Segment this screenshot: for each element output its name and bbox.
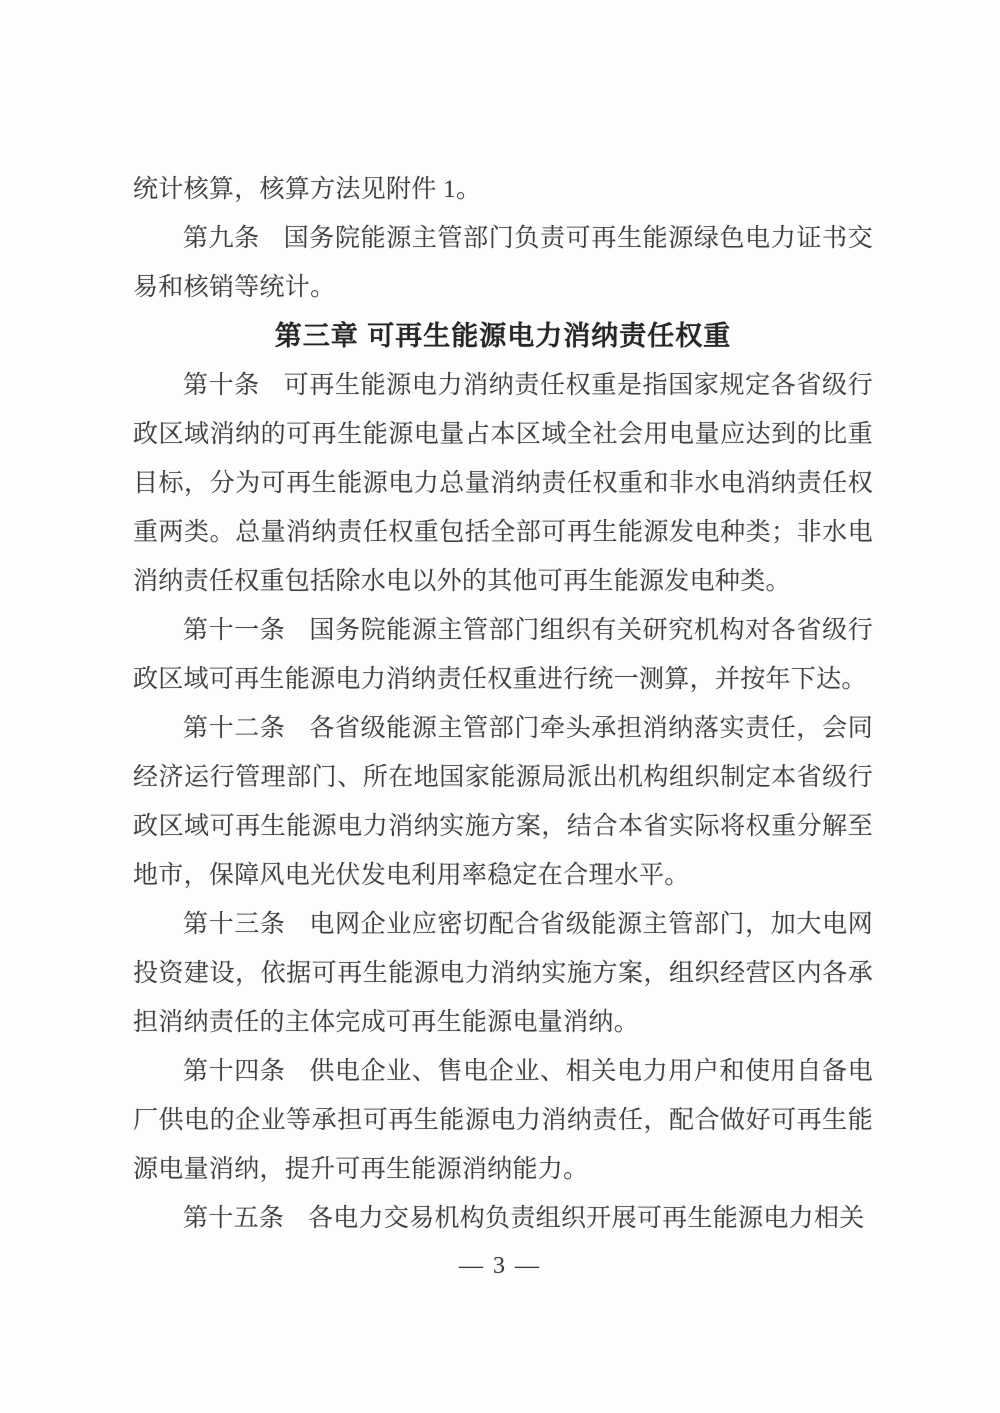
document-page: 统计核算，核算方法见附件 1。 第九条国务院能源主管部门负责可再生能源绿色电力证…: [0, 0, 1000, 1413]
paragraph-article-15: 第十五条各电力交易机构负责组织开展可再生能源电力相关: [133, 1194, 873, 1243]
document-body: 统计核算，核算方法见附件 1。 第九条国务院能源主管部门负责可再生能源绿色电力证…: [133, 165, 873, 1243]
article-number: 第十二条: [183, 715, 286, 742]
article-number: 第十五条: [183, 1205, 284, 1232]
page-footer: — 3 —: [0, 1253, 1000, 1280]
paragraph-article-9: 第九条国务院能源主管部门负责可再生能源绿色电力证书交易和核销等统计。: [133, 214, 873, 312]
article-text: 可再生能源电力消纳责任权重是指国家规定各省级行政区域消纳的可再生能源电量占本区域…: [133, 372, 873, 595]
paragraph-article-12: 第十二条各省级能源主管部门牵头承担消纳落实责任，会同经济运行管理部门、所在地国家…: [133, 704, 873, 900]
paragraph-continuation: 统计核算，核算方法见附件 1。: [133, 165, 873, 214]
page-number: — 3 —: [459, 1253, 541, 1279]
article-number: 第九条: [183, 225, 260, 252]
article-number: 第十一条: [183, 617, 286, 644]
paragraph-article-13: 第十三条电网企业应密切配合省级能源主管部门，加大电网投资建设，依据可再生能源电力…: [133, 900, 873, 1047]
paragraph-article-10: 第十条可再生能源电力消纳责任权重是指国家规定各省级行政区域消纳的可再生能源电量占…: [133, 361, 873, 606]
article-number: 第十条: [183, 372, 260, 399]
article-text: 各电力交易机构负责组织开展可再生能源电力相关: [308, 1205, 865, 1232]
paragraph-article-11: 第十一条国务院能源主管部门组织有关研究机构对各省级行政区域可再生能源电力消纳责任…: [133, 606, 873, 704]
paragraph-article-14: 第十四条供电企业、售电企业、相关电力用户和使用自备电厂供电的企业等承担可再生能源…: [133, 1047, 873, 1194]
paragraph-text: 统计核算，核算方法见附件 1。: [133, 176, 481, 203]
article-number: 第十三条: [183, 911, 286, 938]
article-number: 第十四条: [183, 1058, 286, 1085]
chapter-heading: 第三章 可再生能源电力消纳责任权重: [133, 312, 873, 361]
